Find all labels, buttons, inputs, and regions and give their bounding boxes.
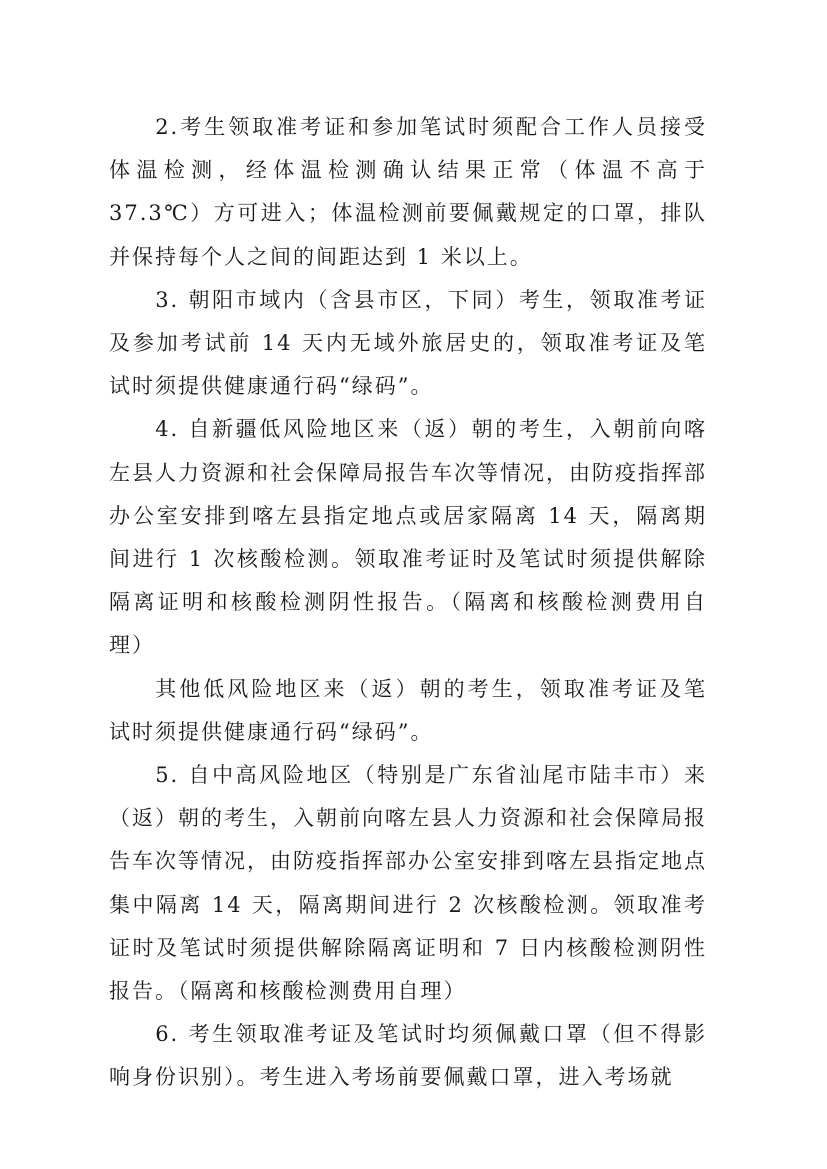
paragraph-item-4: 4. 自新疆低风险地区来（返）朝的考生，入朝前向喀左县人力资源和社会保障局报告车… [109,408,707,667]
paragraph-item-5: 5. 自中高风险地区（特别是广东省汕尾市陆丰市）来（返）朝的考生，入朝前向喀左县… [109,754,707,1013]
document-body: 2.考生领取准考证和参加笔试时须配合工作人员接受体温检测，经体温检测确认结果正常… [109,106,707,1100]
page-number: 2 [0,1070,827,1085]
document-page: 2.考生领取准考证和参加笔试时须配合工作人员接受体温检测，经体温检测确认结果正常… [0,0,827,1169]
paragraph-item-2: 2.考生领取准考证和参加笔试时须配合工作人员接受体温检测，经体温检测确认结果正常… [109,106,707,279]
paragraph-item-6: 6. 考生领取准考证及笔试时均须佩戴口罩（但不得影响身份识别）。考生进入考场前要… [109,1013,707,1099]
paragraph-other-low-risk: 其他低风险地区来（返）朝的考生，领取准考证及笔试时须提供健康通行码“绿码”。 [109,668,707,754]
paragraph-item-3: 3. 朝阳市域内（含县市区，下同）考生，领取准考证及参加考试前 14 天内无域外… [109,279,707,409]
